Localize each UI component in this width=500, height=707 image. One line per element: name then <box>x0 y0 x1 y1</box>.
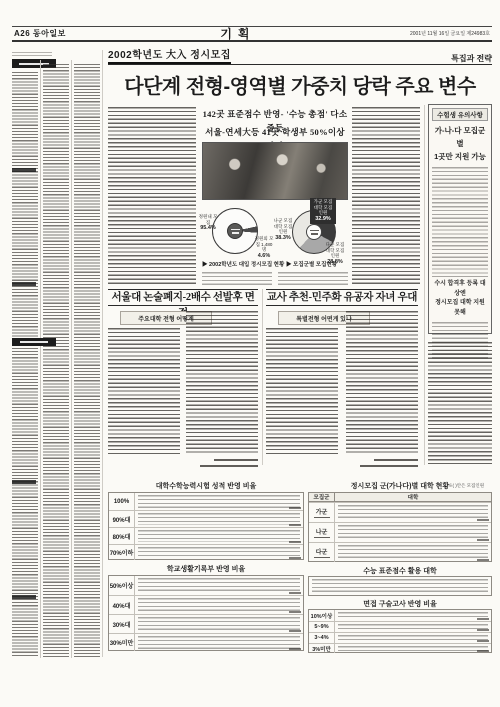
table-row: 30%대 <box>109 614 303 633</box>
article-a-headline: 서울대 논술폐지-2배수 선발후 면접 <box>108 289 258 306</box>
right-column-continued <box>428 342 492 464</box>
sidebar-rule-1 <box>40 60 41 658</box>
article-a-col-1 <box>108 328 180 454</box>
university-listing-sidebar <box>12 50 100 658</box>
sidebar-section-header-box-2 <box>12 338 56 346</box>
dateline: 2001년 11월 16일 금요일 제24983호 <box>410 30 490 37</box>
table-row: 40%대 <box>109 595 303 614</box>
feature-photo <box>202 142 348 200</box>
table-suneung: 100% 90%대 80%대 70%이하 <box>108 492 304 560</box>
article-divider-rule <box>262 289 263 465</box>
table-stdscore-title: 수능 표준점수 활용 대학 <box>308 566 492 576</box>
notice-box-body-1 <box>432 167 488 277</box>
table-groups-header: 모집군 대학 <box>309 493 491 502</box>
article-b-byline <box>374 459 418 461</box>
sidebar-subhead-4 <box>12 595 36 599</box>
table-row: 70%이하 <box>109 544 303 560</box>
table-groups: 모집군 대학 가군 나군 다군 <box>308 492 492 562</box>
table-row: 10%이상 <box>309 610 491 621</box>
pie-1-left-label: 정원내 모집95.4% <box>198 214 218 232</box>
sidebar-main-divider <box>102 50 103 657</box>
notice-box-subhead-1: 가-나-다 모집군별 1곳만 지원 가능 <box>432 125 488 163</box>
pie-1-caption: ▶ 2002학년도 대입 정시모집 현황 <box>202 260 284 268</box>
sidebar-column-1 <box>12 72 38 658</box>
table-row: 3~4% <box>309 632 491 643</box>
article-b-headline: 교사 추천-민주화 유공자 자녀 우대 <box>266 289 418 306</box>
article-a-col-2 <box>186 311 258 454</box>
table-stdscore <box>308 576 492 596</box>
paper-name: 동아일보 <box>33 29 66 38</box>
table-hsrecord-title: 학교생활기록부 반영 비율 <box>108 564 304 574</box>
article-a-byline <box>214 459 258 461</box>
table-row: 3%미만 <box>309 643 491 653</box>
table-interview: 10%이상 5~9% 3~4% 3%미만 <box>308 609 492 653</box>
pie-2-caption: ▶ 모집군별 모집현황 <box>286 260 337 268</box>
sidebar-subhead-2 <box>12 282 36 286</box>
masthead: A26 동아일보 기획 2001년 11월 16일 금요일 제24983호 <box>12 26 492 42</box>
right-column-rule <box>424 105 425 465</box>
table-row: 50%이상 <box>109 576 303 595</box>
article-b-col-2 <box>346 311 418 454</box>
notice-box-subhead-2: 수시 합격후 등록 대상엔 정시모집 대학 지원 못해 <box>432 280 488 318</box>
article-b-email <box>360 465 418 467</box>
sidebar-subhead-1 <box>12 168 36 172</box>
chart-footnote-1 <box>202 272 272 286</box>
sidebar-top-caption <box>12 52 52 57</box>
table-hsrecord: 50%이상 40%대 30%대 30%미만 <box>108 575 304 651</box>
kicker-row: 2002학년도 大入 정시모집 특집과 전략 <box>108 50 492 65</box>
table-suneung-title: 대학수학능력시험 성적 반영 비율 <box>108 481 304 491</box>
article-b-col-1 <box>266 328 338 454</box>
main-headline: 다단계 전형-영역별 가중치 당락 주요 변수 <box>108 70 492 99</box>
kicker-title: 2002학년도 大入 정시모집 <box>108 46 231 64</box>
pie-1-center-label <box>227 223 243 239</box>
table-row: 30%미만 <box>109 633 303 651</box>
table-row: 80%대 <box>109 527 303 544</box>
newspaper-page: A26 동아일보 기획 2001년 11월 16일 금요일 제24983호 20… <box>0 0 500 707</box>
table-row: 가군 <box>309 502 491 522</box>
article-a-email <box>200 465 258 467</box>
table-row: 90%대 <box>109 510 303 527</box>
feature-body-col-1 <box>108 107 196 285</box>
table-groups-note: ※( )안은 모집인원 <box>448 483 484 489</box>
section-title: 기획 <box>220 25 255 42</box>
pie-2-top-label: 가군 모집대학 모집인원32.9% <box>310 198 336 224</box>
notice-box: 수험생 유의사항 가-나-다 모집군별 1곳만 지원 가능 수시 합격후 등록 … <box>428 104 492 334</box>
table-interview-title: 면접 구술고사 반영 비율 <box>308 599 492 609</box>
pie-chart-admissions: 정원내 모집95.4% 정원외 모집 1,480명4.6% ▶ 2002학년도 … <box>200 202 272 272</box>
pie-2-center-label <box>306 224 322 240</box>
page-number: A26 <box>14 29 30 38</box>
table-row: 다군 <box>309 542 491 562</box>
table-row: 5~9% <box>309 621 491 632</box>
sidebar-rule-2 <box>71 60 72 658</box>
pie-2-left-label: 나군 모집대학 모집인원38.3% <box>273 218 293 242</box>
chart-footnote-2 <box>278 272 348 286</box>
table-row: 100% <box>109 493 303 510</box>
table-row: 나군 <box>309 522 491 542</box>
pie-1-right-label: 정원외 모집 1,480명4.6% <box>254 236 274 260</box>
feature-body-col-3 <box>352 107 420 285</box>
pie-chart-groups: 가군 모집대학 모집인원32.9% 나군 모집대학 모집인원38.3% 다군 모… <box>276 202 348 272</box>
kicker-right-label: 특집과 전략 <box>451 53 492 64</box>
sidebar-column-3 <box>74 64 100 658</box>
sidebar-subhead-3 <box>12 480 36 484</box>
notice-box-header: 수험생 유의사항 <box>432 108 488 121</box>
sidebar-column-2 <box>43 64 69 658</box>
